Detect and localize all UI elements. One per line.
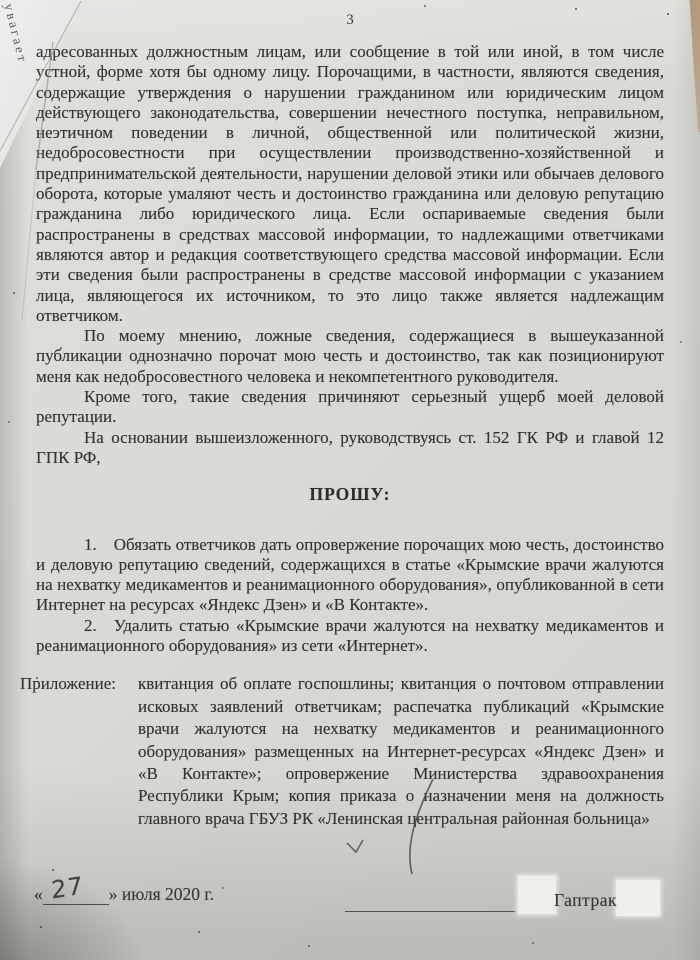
date-line: «27» июля 2020 г. [34, 884, 214, 905]
date-open-quote: « [34, 884, 43, 904]
date-rest: » июля 2020 г. [109, 884, 214, 904]
appendix-section: Приложение: квитанция об оплате госпошли… [36, 673, 664, 830]
page-number: 3 [0, 12, 700, 29]
petition-item-2: 2. Удалить статью «Крымские врачи жалуют… [36, 616, 664, 657]
redaction-box-right [616, 880, 660, 916]
appendix-list: квитанция об оплате госпошлины; квитанци… [138, 673, 664, 830]
signature-line [345, 911, 515, 912]
paragraph-damage: Кроме того, такие сведения причиняют сер… [36, 387, 664, 428]
paragraph-defamation-definition: адресованных должностным лицам, или сооб… [36, 42, 664, 326]
scanned-legal-document-page: { "page": { "number": "3" }, "body": { "… [0, 0, 700, 960]
dust-specks [0, 0, 2, 2]
date-day-blank: 27 [43, 884, 109, 905]
document-body: адресованных должностным лицам, или сооб… [36, 42, 664, 830]
petition-item-1: 1. Обязать ответчиков дать опровержение … [36, 535, 664, 616]
redaction-box-left [518, 876, 556, 914]
paragraph-opinion: По моему мнению, ложные сведения, содерж… [36, 326, 664, 387]
signatory-name: Гаптрак [554, 890, 617, 911]
handwritten-day: 27 [50, 871, 84, 904]
paragraph-legal-basis: На основании вышеизложенного, руководств… [36, 428, 664, 469]
petition-heading: ПРОШУ: [36, 484, 664, 504]
appendix-label: Приложение: [20, 673, 122, 830]
